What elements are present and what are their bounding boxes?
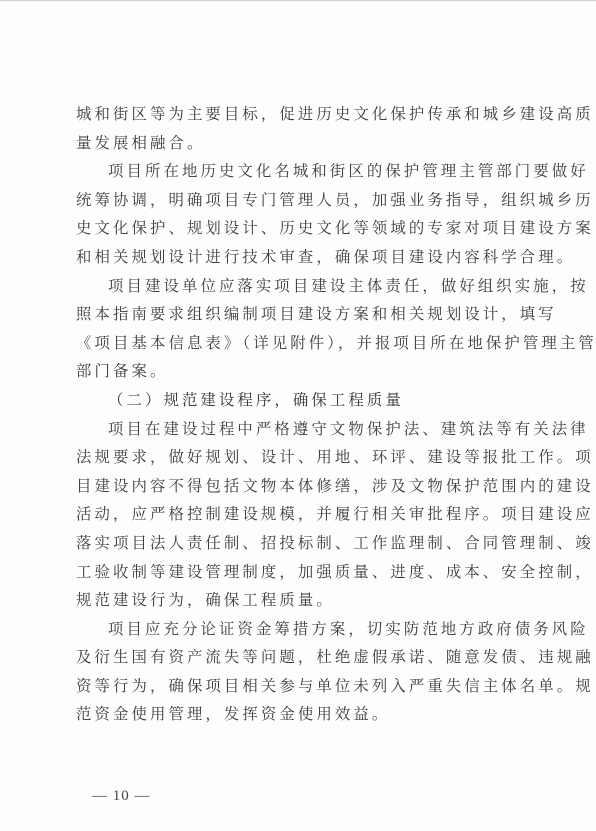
- text-line: 照本指南要求组织编制项目建设方案和相关规划设计，填写: [76, 300, 524, 329]
- text-line: 落实项目法人责任制、招投标制、工作监理制、合同管理制、竣: [76, 529, 524, 558]
- text-line: 项目在建设过程中严格遵守文物保护法、建筑法等有关法律: [76, 415, 524, 444]
- heading-text: （二）规范建设程序，确保工程质量: [76, 386, 524, 415]
- text-line: 统筹协调，明确项目专门管理人员，加强业务指导，组织城乡历: [76, 186, 524, 215]
- text-line: 及衍生国有资产流失等问题，杜绝虚假承诺、随意发债、违规融: [76, 643, 524, 672]
- text-line: 量发展相融合。: [76, 129, 524, 158]
- text-line: 项目应充分论证资金筹措方案，切实防范地方政府债务风险: [76, 615, 524, 644]
- text-line: 项目建设单位应落实项目建设主体责任，做好组织实施，按: [76, 272, 524, 301]
- paragraph-construction-procedure: 项目在建设过程中严格遵守文物保护法、建筑法等有关法律 法规要求，做好规划、设计、…: [76, 415, 524, 615]
- paragraph-management-coordination: 项目所在地历史文化名城和街区的保护管理主管部门要做好 统筹协调，明确项目专门管理…: [76, 157, 524, 271]
- page-number: — 10 —: [92, 788, 151, 805]
- text-line: 目建设内容不得包括文物本体修缮，涉及文物保护范围内的建设: [76, 472, 524, 501]
- text-line: 法规要求，做好规划、设计、用地、环评、建设等报批工作。项: [76, 443, 524, 472]
- text-line: 和相关规划设计进行技术审查，确保项目建设内容科学合理。: [76, 243, 524, 272]
- text-line: 活动，应严格控制建设规模，并履行相关审批程序。项目建设应: [76, 500, 524, 529]
- text-line: 范资金使用管理，发挥资金使用效益。: [76, 700, 524, 729]
- paragraph-continuation: 城和街区等为主要目标，促进历史文化保护传承和城乡建设高质 量发展相融合。: [76, 100, 524, 157]
- text-line: 资等行为，确保项目相关参与单位未列入严重失信主体名单。规: [76, 672, 524, 701]
- text-line: 部门备案。: [76, 357, 524, 386]
- text-line: 工验收制等建设管理制度，加强质量、进度、成本、安全控制，: [76, 558, 524, 587]
- paragraph-construction-unit: 项目建设单位应落实项目建设主体责任，做好组织实施，按 照本指南要求组织编制项目建…: [76, 272, 524, 386]
- text-line: 《项目基本信息表》（详见附件），并报项目所在地保护管理主管: [76, 329, 524, 358]
- text-line: 项目所在地历史文化名城和街区的保护管理主管部门要做好: [76, 157, 524, 186]
- text-line: 史文化保护、规划设计、历史文化等领域的专家对项目建设方案: [76, 214, 524, 243]
- document-page: 城和街区等为主要目标，促进历史文化保护传承和城乡建设高质 量发展相融合。 项目所…: [76, 100, 524, 729]
- text-line: 城和街区等为主要目标，促进历史文化保护传承和城乡建设高质: [76, 100, 524, 129]
- paragraph-funding: 项目应充分论证资金筹措方案，切实防范地方政府债务风险 及衍生国有资产流失等问题，…: [76, 615, 524, 729]
- text-line: 规范建设行为，确保工程质量。: [76, 586, 524, 615]
- section-heading: （二）规范建设程序，确保工程质量: [76, 386, 524, 415]
- scan-edge-line: [0, 0, 596, 1]
